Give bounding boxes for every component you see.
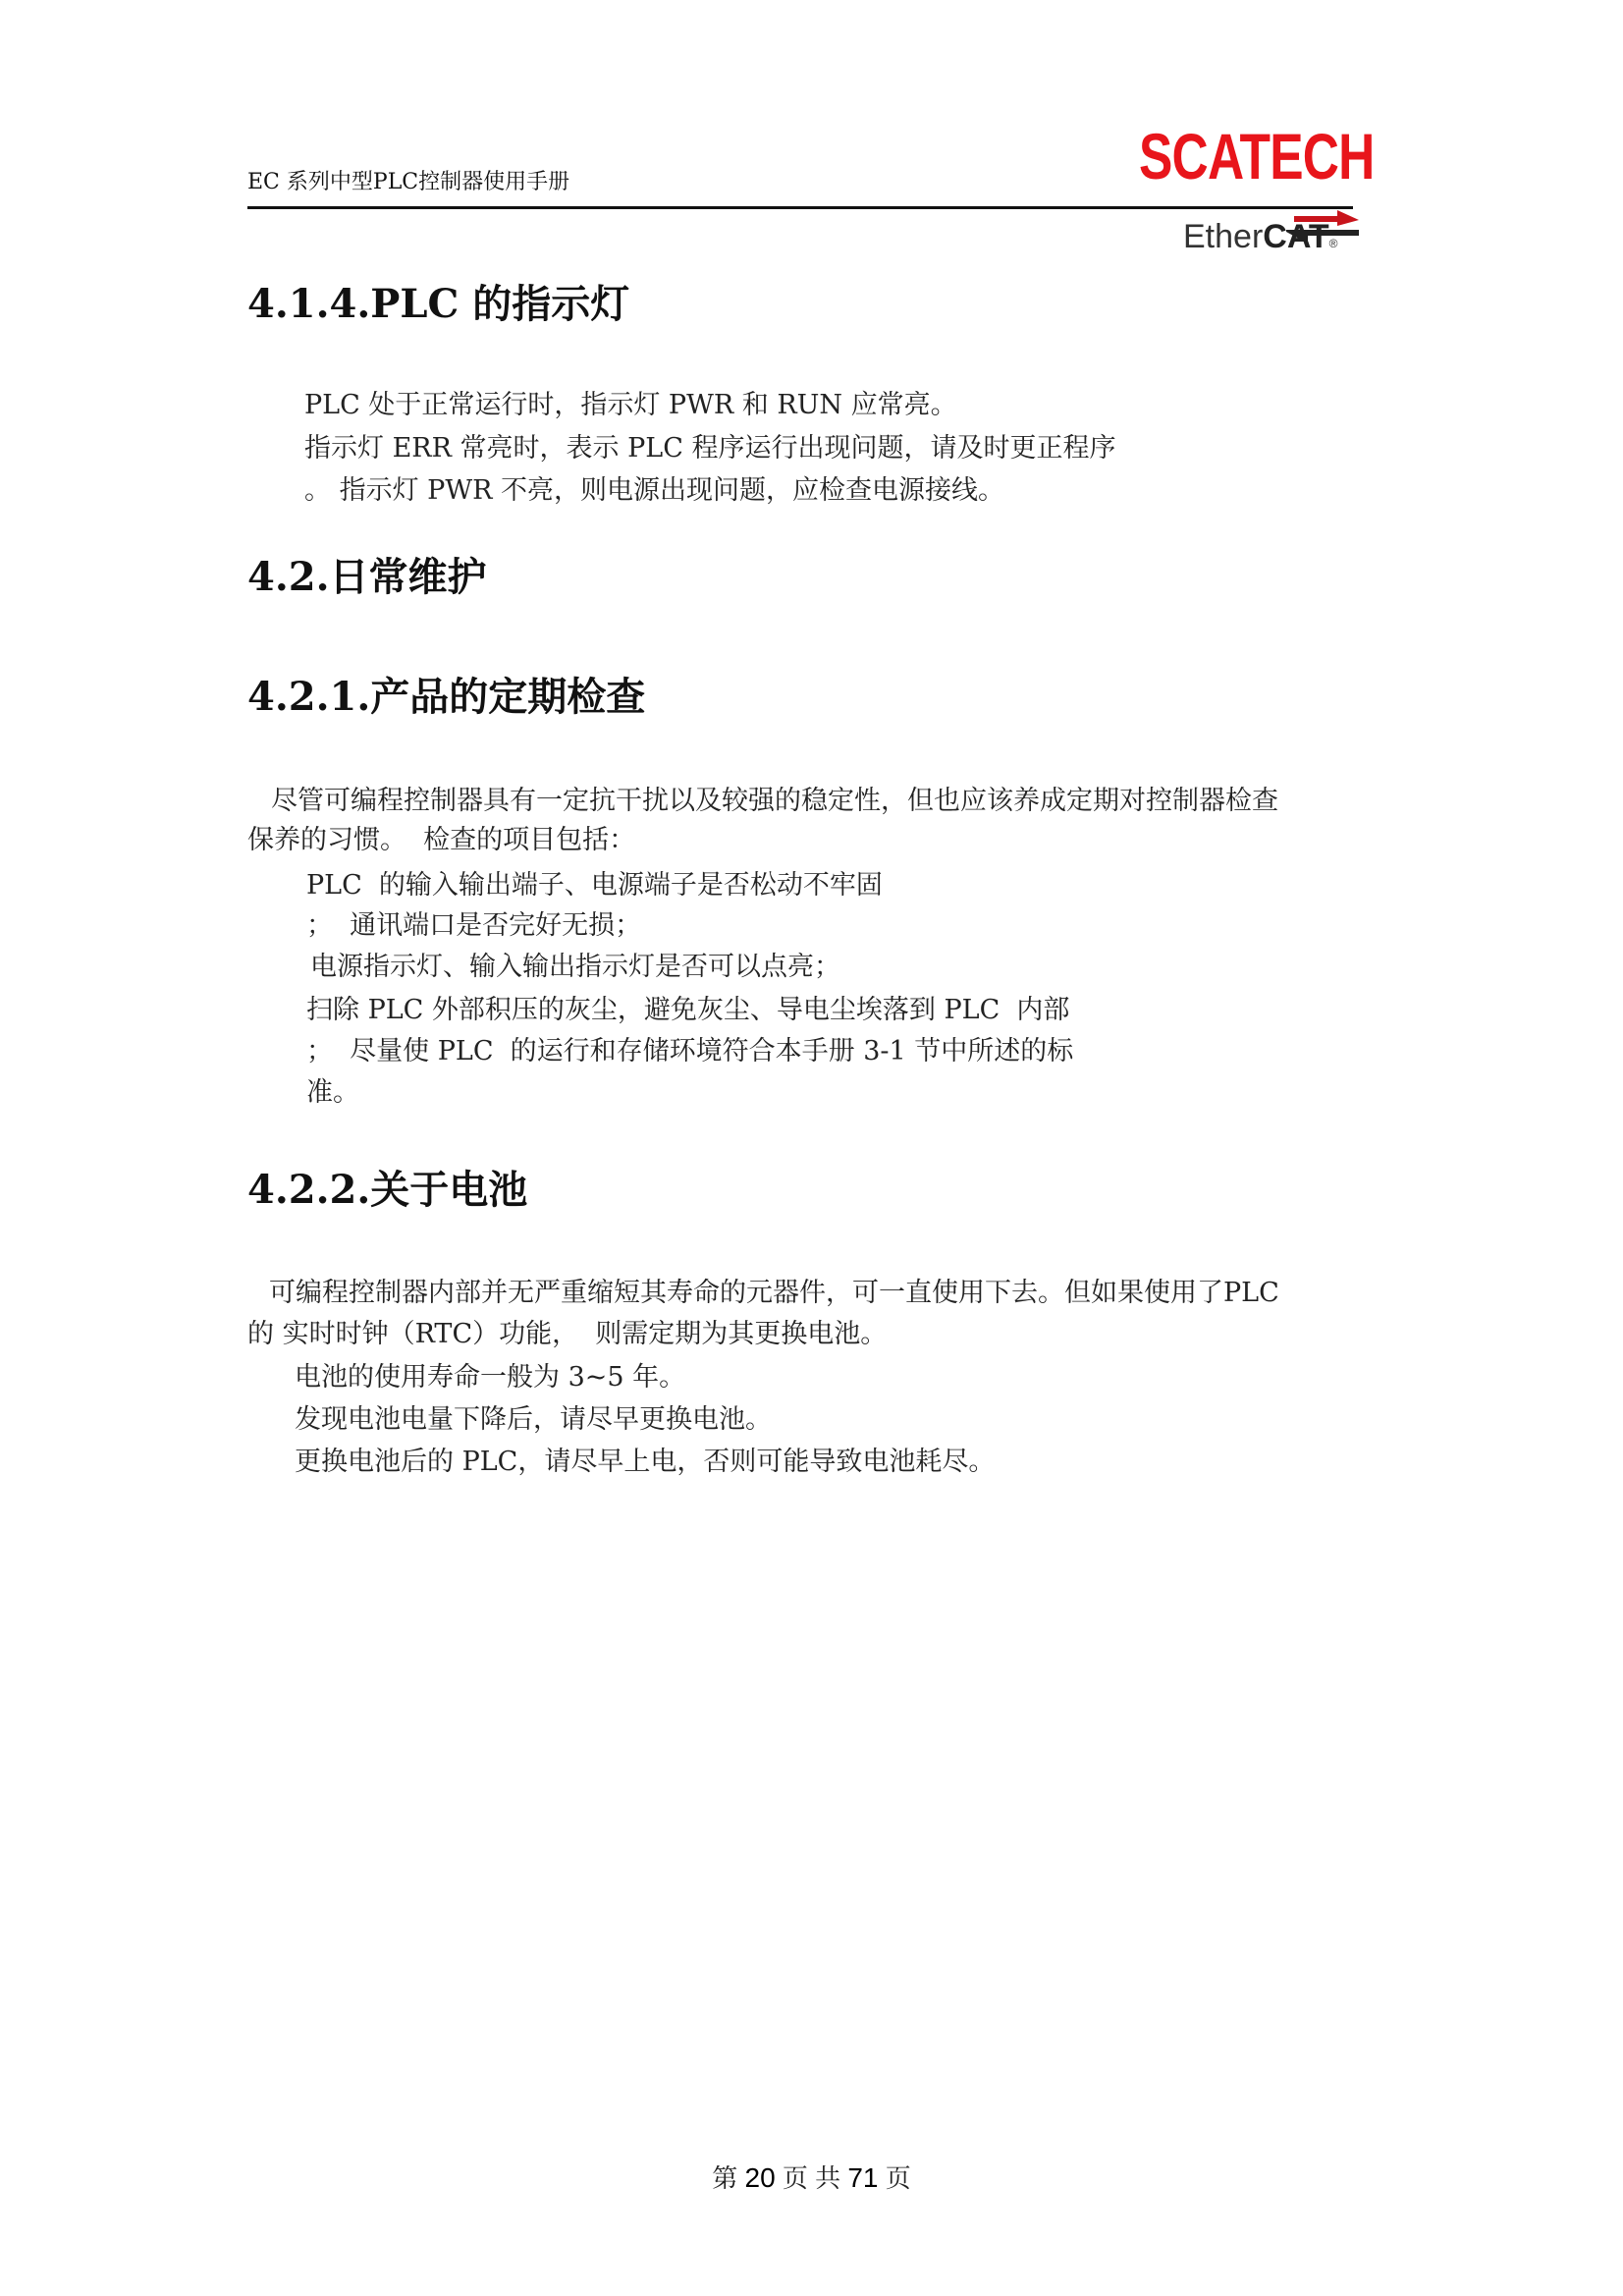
paragraph-line: 可编程控制器内部并无严重缩短其寿命的元器件，可一直使用下去。但如果使用了PLC xyxy=(269,1271,1279,1309)
ethercat-arrows-icon xyxy=(1286,210,1359,246)
current-page-number: 20 xyxy=(745,2162,776,2193)
document-page: EC 系列中型PLC控制器使用手册 SCATECH EtherCAT® 4.1.… xyxy=(0,0,1623,2296)
checklist-item: PLC 的输入输出端子、电源端子是否松动不牢固 xyxy=(306,863,883,902)
checklist-item: 准。 xyxy=(306,1070,359,1109)
paragraph-line: 。 指示灯 PWR 不亮，则电源出现问题，应检查电源接线。 xyxy=(304,468,1004,507)
section-heading-4-1-4: 4.1.4.PLC 的指示灯 xyxy=(247,273,629,329)
ethercat-logo-light: Ether xyxy=(1183,218,1263,255)
total-pages-number: 71 xyxy=(847,2162,878,2193)
paragraph-line: PLC 处于正常运行时，指示灯 PWR 和 RUN 应常亮。 xyxy=(304,383,957,421)
checklist-item: 扫除 PLC 外部积压的灰尘，避免灰尘、导电尘埃落到 PLC 内部 xyxy=(306,988,1069,1026)
footer-prefix: 第 xyxy=(712,2163,744,2193)
paragraph-line: 的 实时时钟（RTC）功能， 则需定期为其更换电池。 xyxy=(247,1312,887,1350)
checklist-item: 电源指示灯、输入输出指示灯是否可以点亮； xyxy=(310,945,840,983)
paragraph-line: 电池的使用寿命一般为 3~5 年。 xyxy=(295,1355,685,1394)
section-heading-4-2-2: 4.2.2.关于电池 xyxy=(247,1159,527,1215)
page-footer: 第 20 页 共 71 页 xyxy=(0,2159,1623,2195)
footer-middle: 页 共 xyxy=(776,2163,848,2193)
section-heading-4-2: 4.2.日常维护 xyxy=(247,546,487,602)
header-divider xyxy=(247,206,1353,209)
paragraph-line: 指示灯 ERR 常亮时，表示 PLC 程序运行出现问题，请及时更正程序 xyxy=(304,426,1115,465)
footer-suffix: 页 xyxy=(878,2163,910,2193)
paragraph-line: 更换电池后的 PLC，请尽早上电，否则可能导致电池耗尽。 xyxy=(295,1440,995,1478)
paragraph-line: 尽管可编程控制器具有一定抗干扰以及较强的稳定性，但也应该养成定期对控制器检查 xyxy=(271,779,1278,817)
paragraph-line: 发现电池电量下降后，请尽早更换电池。 xyxy=(295,1397,772,1436)
document-header-title: EC 系列中型PLC控制器使用手册 xyxy=(247,165,569,195)
paragraph-line: 保养的习惯。 检查的项目包括： xyxy=(247,818,635,856)
section-heading-4-2-1: 4.2.1.产品的定期检查 xyxy=(247,666,645,722)
checklist-item: ； 尽量使 PLC 的运行和存储环境符合本手册 3-1 节中所述的标 xyxy=(306,1029,1073,1067)
scatech-logo: SCATECH xyxy=(1139,124,1375,189)
checklist-item: ； 通讯端口是否完好无损； xyxy=(306,903,641,942)
